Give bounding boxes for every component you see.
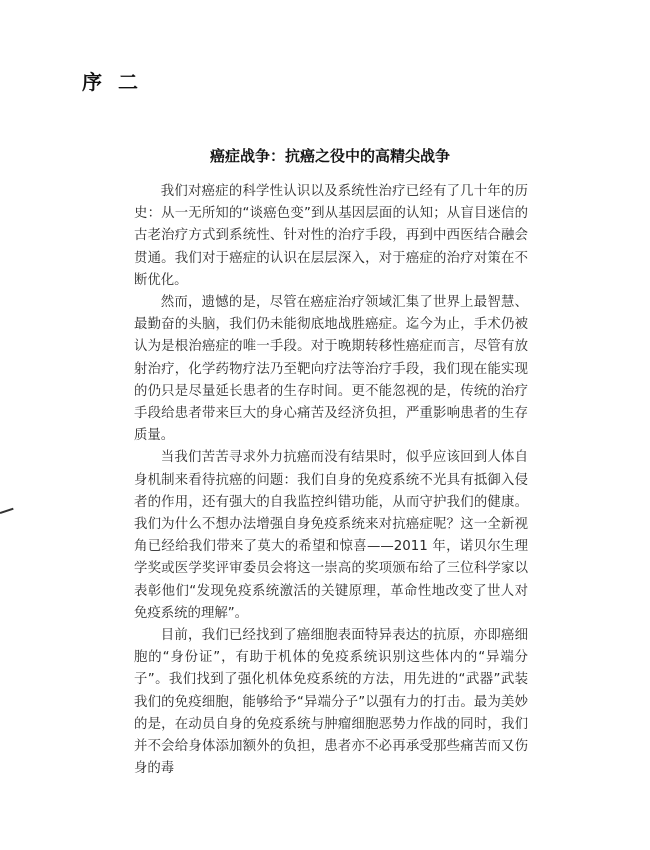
paragraph-2: 然而，遗憾的是，尽管在癌症治疗领域汇集了世界上最智慧、最勤奋的头脑，我们仍未能彻… <box>134 292 528 447</box>
chapter-title: 癌症战争：抗癌之役中的高精尖战争 <box>0 145 650 166</box>
section-heading: 序二 <box>82 66 138 95</box>
paragraph-4: 目前，我们已经找到了癌细胞表面特异表达的抗原，亦即癌细胞的“身份证”，有助于机体… <box>134 625 528 780</box>
margin-pen-mark <box>0 508 14 514</box>
paragraph-3: 当我们苦苦寻求外力抗癌而没有结果时，似乎应该回到人体自身机制来看待抗癌的问题：我… <box>134 447 528 625</box>
paragraph-1: 我们对癌症的科学性认识以及系统性治疗已经有了几十年的历史：从一无所知的“谈癌色变… <box>134 181 528 292</box>
section-heading-char-1: 序 <box>82 70 102 94</box>
body-text: 我们对癌症的科学性认识以及系统性治疗已经有了几十年的历史：从一无所知的“谈癌色变… <box>134 181 528 780</box>
section-heading-char-2: 二 <box>118 70 138 94</box>
